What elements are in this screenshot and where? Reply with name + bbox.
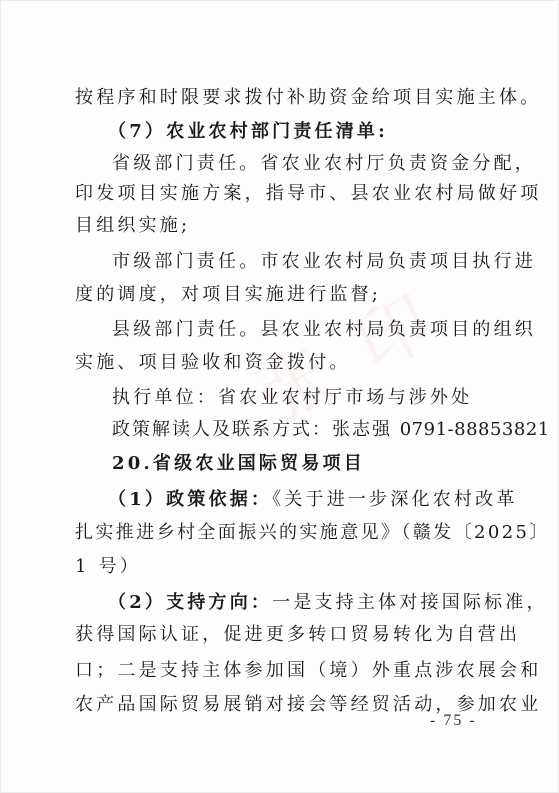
page-number: - 75 -: [430, 712, 477, 730]
policy-basis-text: 《关于进一步深化农村改革: [272, 489, 517, 510]
project-heading: 20.省级农业国际贸易项目: [112, 452, 487, 476]
paragraph-line: 获得国际认证，促进更多转口贸易转化为自营出: [75, 623, 487, 647]
paragraph-line: 扎实推进乡村全面振兴的实施意见》（赣发〔2025〕: [75, 521, 487, 545]
contact-name: 张志强: [332, 419, 392, 440]
support-direction-line: （2）支持方向：一是支持主体对接国际标准，: [108, 591, 483, 615]
paragraph-line: 1 号）: [75, 555, 487, 579]
contact-label: 政策解读人及联系方式：: [112, 419, 332, 440]
support-direction-text: 一是支持主体对接国际标准，: [272, 592, 548, 613]
policy-basis-label: （1）政策依据：: [108, 489, 272, 510]
paragraph-line: 县级部门责任。县农业农村局负责项目的组织: [112, 318, 487, 342]
section-heading: （7）农业农村部门责任清单:: [108, 120, 483, 144]
support-direction-label: （2）支持方向：: [108, 592, 272, 613]
paragraph-line: 农产品国际贸易展销对接会等经贸活动，参加农业: [75, 693, 487, 717]
paragraph-line: 实施、项目验收和资金拨付。: [75, 351, 487, 375]
paragraph-line: 印发项目实施方案，指导市、县农业农村局做好项: [75, 182, 487, 206]
paragraph-line: 度的调度，对项目实施进行监督;: [75, 283, 487, 307]
paragraph-line: 按程序和时限要求拨付补助资金给项目实施主体。: [75, 86, 487, 110]
contact-line: 政策解读人及联系方式：张志强 0791-88853821: [112, 418, 487, 442]
paragraph-line: 市级部门责任。市农业农村局负责项目执行进: [112, 250, 487, 274]
paragraph-line: 口；二是支持主体参加国（境）外重点涉农展会和: [75, 659, 487, 683]
paragraph-line: 目组织实施;: [75, 214, 487, 238]
paragraph-line: 省级部门责任。省农业农村厅负责资金分配，: [112, 152, 487, 176]
execution-unit-line: 执行单位：省农业农村厅市场与涉外处: [112, 386, 487, 410]
policy-basis-line: （1）政策依据：《关于进一步深化农村改革: [108, 488, 483, 512]
contact-phone: 0791-88853821: [400, 419, 550, 440]
